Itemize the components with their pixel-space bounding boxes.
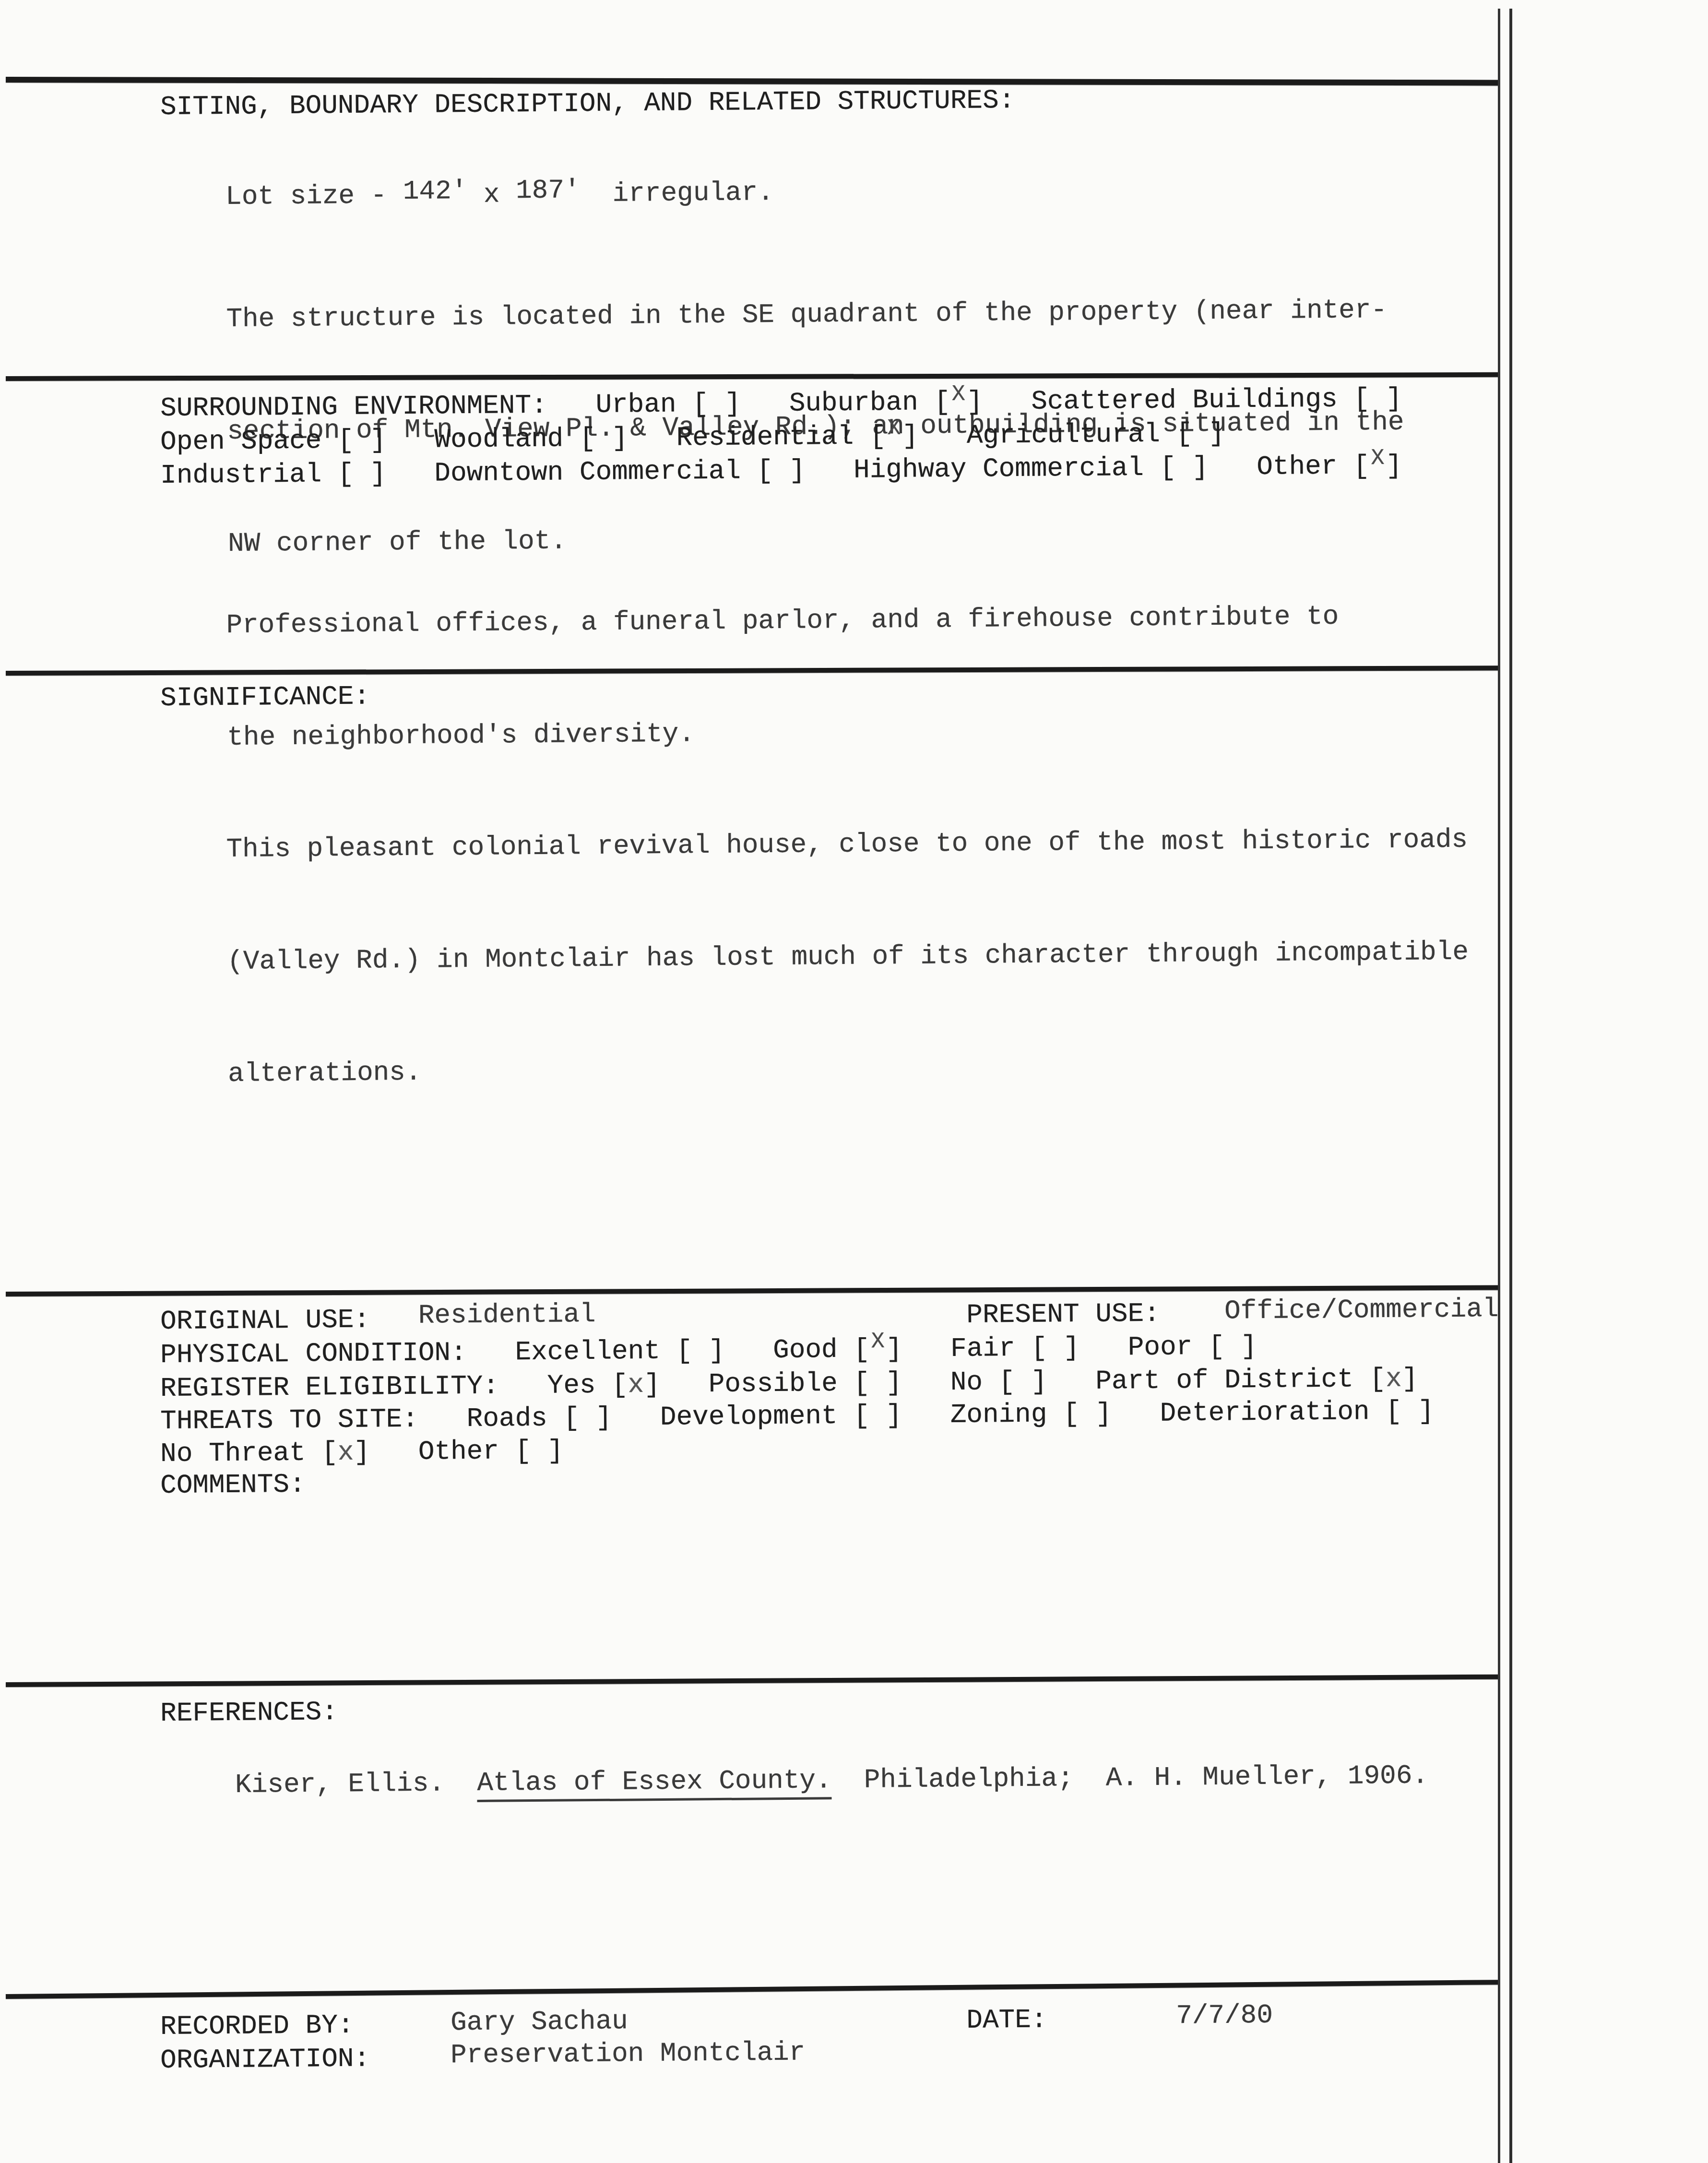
spacer (354, 2009, 451, 2041)
register-eligibility-text: REGISTER ELIGIBILITY: Yes [ (160, 1369, 628, 1404)
spacer (595, 1300, 966, 1333)
present-use-label: PRESENT USE: (966, 1298, 1160, 1331)
lot-size-irregular: irregular. (580, 177, 774, 209)
date-label: DATE: (966, 2004, 1047, 2035)
environment-line-1-tail: ] Scattered Buildings [ ] (967, 383, 1402, 417)
register-eligibility-row: REGISTER ELIGIBILITY: Yes [x] Possible [… (160, 1365, 1418, 1402)
siting-heading: SITING, BOUNDARY DESCRIPTION, AND RELATE… (160, 87, 1015, 120)
spacer (628, 2005, 967, 2039)
comments-label: COMMENTS: (160, 1469, 306, 1501)
good-checkbox-x-mark: X (869, 1329, 886, 1355)
physical-condition-tail: ] Fair [ ] Poor [ ] (886, 1331, 1257, 1365)
significance-paragraph-line-2: (Valley Rd.) in Montclair has lost much … (227, 933, 1469, 980)
reference-citation-line: Kiser, Ellis. Atlas of Essex County. Phi… (235, 1762, 1428, 1798)
no-threat-row: No Threat [x] Other [ ] (160, 1437, 564, 1467)
suburban-checkbox-x-mark: X (950, 381, 967, 408)
other-checkbox-x-mark: X (1369, 445, 1386, 472)
siting-paragraph-line-1: The structure is located in the SE quadr… (226, 291, 1403, 338)
environment-paragraph-line-1: Professional offices, a funeral parlor, … (226, 598, 1339, 644)
spacer (1047, 2003, 1176, 2035)
significance-heading-text: SIGNIFICANCE: (160, 681, 370, 713)
page-edge-line-inner (1498, 9, 1500, 2163)
physical-condition-text: PHYSICAL CONDITION: Excellent [ ] Good [ (160, 1334, 870, 1370)
lot-size-depth-value: 187' (516, 177, 581, 204)
page-edge-line-outer (1509, 9, 1512, 2163)
recorded-by-row: RECORDED BY: Gary Sachau DATE: 7/7/80 (160, 2005, 1273, 2040)
organization-label: ORGANIZATION: (160, 2044, 370, 2076)
environment-line-1-text: SURROUNDING ENVIRONMENT: Urban [ ] Subur… (160, 387, 950, 424)
physical-condition-row: PHYSICAL CONDITION: Excellent [ ] Good [… (160, 1333, 1257, 1370)
spacer (370, 2043, 451, 2074)
comments-row: COMMENTS: (160, 1471, 306, 1499)
residential-checkbox-x-mark: X (886, 416, 902, 442)
siting-heading-text: SITING, BOUNDARY DESCRIPTION, AND RELATE… (160, 85, 1015, 122)
section-rule-usage (6, 1285, 1499, 1296)
environment-line-3-tail: ] (1386, 451, 1402, 481)
recorded-by-label: RECORDED BY: (160, 2010, 354, 2042)
no-threat-checkbox-x-mark: x (338, 1437, 354, 1468)
section-rule-references (6, 1675, 1499, 1687)
organization-row: ORGANIZATION: Preservation Montclair (160, 2042, 806, 2074)
lot-size-by: x (467, 179, 516, 210)
spacer (370, 1304, 418, 1335)
environment-line-2-tail: ] Agricultural [ ] (902, 418, 1225, 452)
lot-size-line: Lot size - 142' x 187' irregular. (225, 179, 774, 210)
no-threat-text: No Threat [ (160, 1437, 338, 1469)
reference-title-underlined: Atlas of Essex County. (477, 1765, 832, 1802)
reference-author: Kiser, Ellis. (235, 1768, 477, 1800)
section-rule-footer (6, 1980, 1499, 1999)
date-value: 7/7/80 (1176, 2002, 1273, 2030)
organization-value: Preservation Montclair (451, 2039, 806, 2068)
significance-paragraph: This pleasant colonial revival house, cl… (225, 746, 1470, 1167)
significance-heading: SIGNIFICANCE: (160, 683, 370, 712)
original-use-label: ORIGINAL USE: (160, 1305, 370, 1337)
significance-paragraph-line-3: alterations. (228, 1046, 1470, 1093)
references-heading: REFERENCES: (160, 1699, 338, 1727)
environment-line-2-text: Open Space [ ] Woodland [ ] Residential … (160, 421, 886, 457)
present-use-value: Office/Commercial (1224, 1295, 1499, 1324)
lot-size-width-value: 142' (403, 178, 468, 205)
recorded-by-value: Gary Sachau (451, 2008, 628, 2036)
use-row: ORIGINAL USE: Residential PRESENT USE: O… (160, 1297, 1499, 1335)
reference-publisher: Philadelphia; A. H. Mueller, 1906. (831, 1760, 1428, 1795)
part-of-district-checkbox-x-mark: x (1386, 1364, 1402, 1394)
lot-size-label: Lot size - (225, 180, 403, 212)
references-heading-text: REFERENCES: (160, 1697, 338, 1729)
threats-to-site-row: THREATS TO SITE: Roads [ ] Development [… (160, 1398, 1434, 1435)
register-eligibility-tail: ] (1402, 1363, 1418, 1394)
scanned-survey-form-page: SITING, BOUNDARY DESCRIPTION, AND RELATE… (0, 0, 1708, 2163)
original-use-value: Residential (418, 1301, 596, 1329)
register-eligibility-mid: ] Possible [ ] No [ ] Part of District [ (644, 1364, 1386, 1400)
spacer (1160, 1298, 1224, 1329)
significance-paragraph-line-1: This pleasant colonial revival house, cl… (226, 821, 1468, 868)
no-threat-tail: ] Other [ ] (354, 1435, 563, 1467)
yes-checkbox-x-mark: x (628, 1369, 644, 1400)
section-rule-top (6, 77, 1499, 86)
